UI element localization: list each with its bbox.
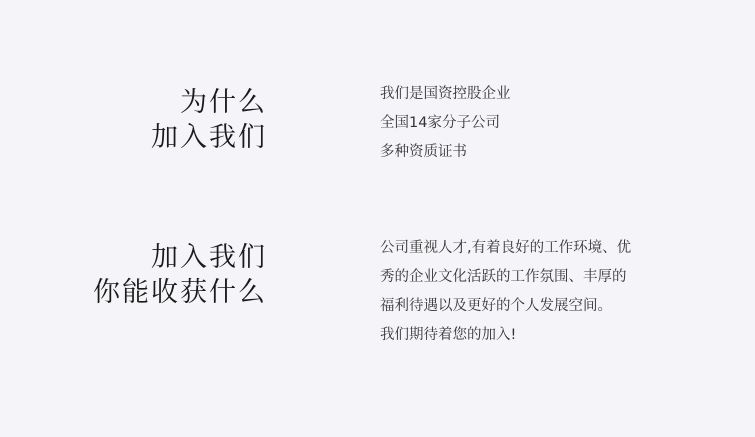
- heading-line: 加入我们: [151, 120, 267, 155]
- description-line: 公司重视人才,有着良好的工作环境、优: [380, 234, 631, 263]
- heading-line: 你能收获什么: [93, 275, 267, 310]
- description-line: 我们期待着您的加入!: [380, 321, 631, 350]
- why-join-heading: 为什么 加入我们: [151, 85, 267, 155]
- description-line: 全国14家分子公司: [380, 109, 511, 138]
- description-line: 秀的企业文化活跃的工作氛围、丰厚的: [380, 263, 631, 292]
- why-join-description: 我们是国资控股企业 全国14家分子公司 多种资质证书: [380, 80, 511, 167]
- heading-line: 加入我们: [93, 240, 267, 275]
- what-you-gain-description: 公司重视人才,有着良好的工作环境、优 秀的企业文化活跃的工作氛围、丰厚的 福利待…: [380, 234, 631, 350]
- description-line: 多种资质证书: [380, 138, 511, 167]
- description-line: 福利待遇以及更好的个人发展空间。: [380, 292, 631, 321]
- heading-line: 为什么: [151, 85, 267, 120]
- description-line: 我们是国资控股企业: [380, 80, 511, 109]
- what-you-gain-heading: 加入我们 你能收获什么: [93, 240, 267, 310]
